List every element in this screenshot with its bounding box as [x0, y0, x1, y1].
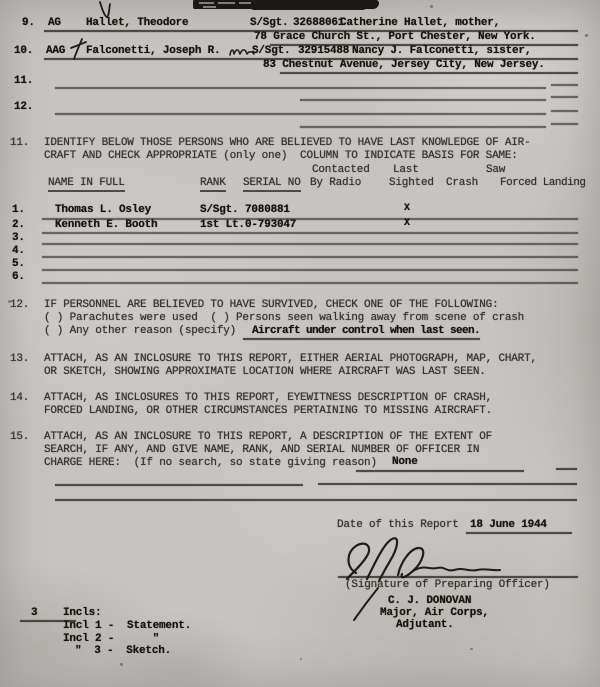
item15-search-value: None [392, 456, 418, 469]
underline [55, 113, 546, 115]
crew10-address: 83 Chestnut Avenue, Jersey City, New Jer… [263, 59, 545, 72]
signature-rule [338, 576, 578, 578]
crew10-position: AAG [46, 45, 65, 58]
item12-other-reason-label: ( ) Any other reason (specify) [44, 325, 236, 338]
col-header-serial: SERIAL NO [243, 177, 301, 192]
scan-speck [430, 5, 433, 8]
underline [356, 470, 524, 472]
underline [551, 110, 578, 112]
smear-dash [199, 2, 214, 4]
crew9-next-of-kin: Catherine Hallet, mother, [340, 17, 500, 30]
underline [42, 232, 578, 234]
smear-dash [218, 2, 235, 4]
smear-dash [239, 2, 251, 4]
crew10-serial: 32915488 [298, 45, 349, 58]
col-header-name: NAME IN FULL [48, 177, 125, 192]
blank-rule [318, 483, 577, 485]
witness5-number: 5. [12, 258, 25, 271]
report-date-label: Date of this Report [337, 519, 459, 532]
underline [55, 87, 546, 89]
item13-number: 13. [10, 353, 29, 366]
witness6-number: 6. [12, 271, 25, 284]
crew11-number: 11. [14, 75, 33, 88]
underline [300, 99, 546, 101]
col-header-saw: Saw [486, 164, 505, 177]
blank-rule [55, 499, 577, 501]
item12-line1: IF PERSONNEL ARE BELIEVED TO HAVE SURVIV… [44, 299, 498, 312]
item11-line2: CRAFT AND CHECK APPROPRIATE (only one) C… [44, 150, 518, 163]
redaction-smear-core [250, 0, 370, 10]
witness2-last-sighted-mark: X [404, 217, 410, 230]
crew9-serial: 32688061 [293, 17, 344, 30]
crew10-name: Falconetti, Joseph R. [86, 45, 220, 58]
col-header-last: Last [393, 164, 419, 177]
item12-checkbox-options: ( ) Parachutes were used ( ) Persons see… [44, 312, 524, 325]
inclosure-count: 3 [31, 607, 37, 620]
underline [551, 123, 578, 125]
item11-line1: IDENTIFY BELOW THOSE PERSONS WHO ARE BEL… [44, 137, 530, 150]
witness1-number: 1. [12, 204, 25, 217]
item13-line2: OR SKETCH, SHOWING APPROXIMATE LOCATION … [44, 366, 486, 379]
col-header-contacted: Contacted [312, 164, 370, 177]
item14-line1: ATTACH, AS INCLOSURES TO THIS REPORT, EY… [44, 392, 492, 405]
inclosure-line-3: " 3 - Sketch. [75, 645, 171, 658]
item15-number: 15. [10, 431, 29, 444]
underline [243, 338, 480, 340]
underline [556, 468, 577, 470]
witness2-serial: 0-793047 [245, 219, 296, 232]
scan-speck [470, 648, 473, 650]
item13-line1: ATTACH, AS AN INCLOSURE TO THIS REPORT, … [44, 353, 537, 366]
item12-number: 12. [10, 299, 29, 312]
underline [466, 532, 572, 534]
underline [42, 243, 578, 245]
report-date-value: 18 June 1944 [470, 519, 547, 532]
underline [42, 269, 578, 271]
item15-line1: ATTACH, AS AN INCLOSURE TO THIS REPORT, … [44, 431, 492, 444]
handwritten-tick-mark [96, 1, 114, 23]
col-header-forced-landing: Forced Landing [500, 177, 585, 190]
smear-dash [203, 6, 216, 8]
underline [300, 126, 546, 128]
crew10-next-of-kin: Nancy J. Falconetti, sister, [352, 45, 531, 58]
underline [551, 84, 578, 86]
witness1-last-sighted-mark: X [404, 202, 410, 215]
underline [42, 282, 578, 284]
col-header-sighted: Sighted [389, 177, 434, 190]
witness3-number: 3. [12, 232, 25, 245]
crew12-number: 12. [14, 101, 33, 114]
witness2-number: 2. [12, 219, 25, 232]
inclosure-line-1: Incl 1 - Statement. [63, 620, 191, 633]
witness4-number: 4. [12, 245, 25, 258]
col-header-by-radio: By Radio [310, 177, 361, 190]
handwritten-cross-mark [70, 38, 88, 60]
handwritten-slash-mark [352, 586, 380, 622]
scan-speck [300, 658, 302, 660]
witness2-rank: 1st Lt. [200, 219, 245, 232]
crew10-number: 10. [14, 45, 33, 58]
crew10-rank: S/Sgt. [252, 45, 290, 58]
witness2-name: Kenneth E. Booth [55, 219, 157, 232]
officer-title: Adjutant. [396, 619, 454, 632]
scan-speck [120, 663, 123, 666]
crew9-number: 9. [22, 17, 35, 30]
underline [551, 96, 578, 98]
item15-line3: CHARGE HERE: (If no search, so state giv… [44, 457, 377, 470]
item14-number: 14. [10, 392, 29, 405]
blank-rule [55, 484, 303, 486]
col-header-crash: Crash [446, 177, 478, 190]
scan-speck [585, 34, 588, 37]
witness1-name: Thomas L. Osley [55, 204, 151, 217]
item12-specify-value: Aircraft under control when last seen. [252, 325, 480, 338]
inclosures-heading: Incls: [63, 607, 101, 620]
crew9-position: AG [48, 17, 61, 30]
scan-speck [8, 300, 11, 303]
crew9-rank: S/Sgt. [250, 17, 288, 30]
underline [42, 256, 578, 258]
item11-number: 11. [10, 137, 29, 150]
handwritten-squiggle [228, 45, 256, 59]
col-header-rank: RANK [200, 177, 226, 192]
scanned-report-page: 9. AG Hallet, Theodore S/Sgt. 32688061 C… [0, 0, 600, 687]
witness1-serial: 7080881 [245, 204, 290, 217]
witness1-rank: S/Sgt. [200, 204, 238, 217]
crew9-address: 78 Grace Church St., Port Chester, New Y… [254, 31, 536, 44]
item14-line2: FORCED LANDING, OR OTHER CIRCUMSTANCES P… [44, 405, 492, 418]
underline [280, 72, 578, 74]
